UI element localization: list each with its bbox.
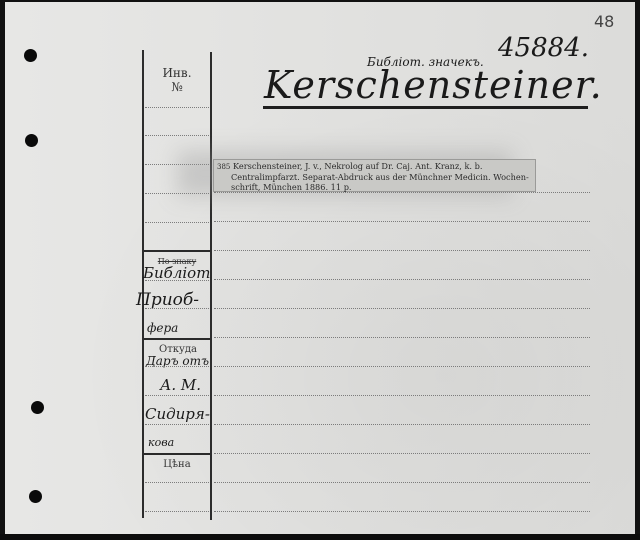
left-rule <box>145 511 209 512</box>
left-rule <box>145 222 209 223</box>
entry-rule <box>214 453 590 454</box>
punch-hole-2 <box>25 134 38 147</box>
left-rule <box>145 164 209 165</box>
punch-hole-4 <box>29 490 42 503</box>
entry-rule <box>214 366 590 367</box>
pasted-bibliographic-clipping: 385 Kerschensteiner, J. v., Nekrolog auf… <box>213 159 536 192</box>
entry-rule <box>214 482 590 483</box>
left-rule <box>145 308 209 309</box>
inventory-label: Инв. <box>145 66 209 80</box>
left-section-divider <box>144 453 210 455</box>
left-rule <box>145 280 209 281</box>
from-handwriting-3: Сидиря- <box>145 405 210 423</box>
page-number: 48 <box>594 12 614 31</box>
from-handwriting-2: А. М. <box>160 376 201 394</box>
entry-rule <box>214 279 590 280</box>
author-heading: Kerschensteiner. <box>264 63 603 107</box>
entry-rule <box>214 308 590 309</box>
entry-rule <box>214 395 590 396</box>
left-rule <box>145 424 209 425</box>
punch-hole-1 <box>24 49 37 62</box>
left-rule <box>145 482 209 483</box>
author-underline <box>263 106 588 109</box>
left-rule <box>145 395 209 396</box>
punch-hole-3 <box>31 401 44 414</box>
provenance-handwriting-3: фера <box>147 321 178 335</box>
scan-bottom-edge <box>0 534 640 540</box>
clipping-line-2: Centralimpfarzt. Separat-Abdruck aus der… <box>217 172 533 182</box>
number-sign-label: № <box>145 80 209 94</box>
from-handwriting-4: кова <box>148 436 174 449</box>
entry-rule <box>214 192 590 193</box>
clipping-line-3: schrift, München 1886. 11 p. <box>217 182 533 192</box>
entry-rule <box>214 337 590 338</box>
left-section-divider <box>144 338 210 340</box>
left-rule <box>145 193 209 194</box>
clipping-line-1: Kerschensteiner, J. v., Nekrolog auf Dr.… <box>233 161 483 171</box>
entry-rule <box>214 221 590 222</box>
left-column-border-right <box>210 52 212 520</box>
provenance-handwriting-2: Приоб- <box>136 290 199 310</box>
entry-rule <box>214 424 590 425</box>
left-rule <box>145 107 209 108</box>
entry-rule <box>214 250 590 251</box>
left-rule <box>145 366 209 367</box>
accession-number: 45884. <box>498 33 589 63</box>
entry-number: 385 <box>217 163 230 171</box>
entry-rule <box>214 511 590 512</box>
left-section-divider <box>144 250 210 252</box>
left-rule <box>145 135 209 136</box>
left-column-border-left <box>142 50 144 518</box>
price-label: Цѣна <box>145 459 209 470</box>
